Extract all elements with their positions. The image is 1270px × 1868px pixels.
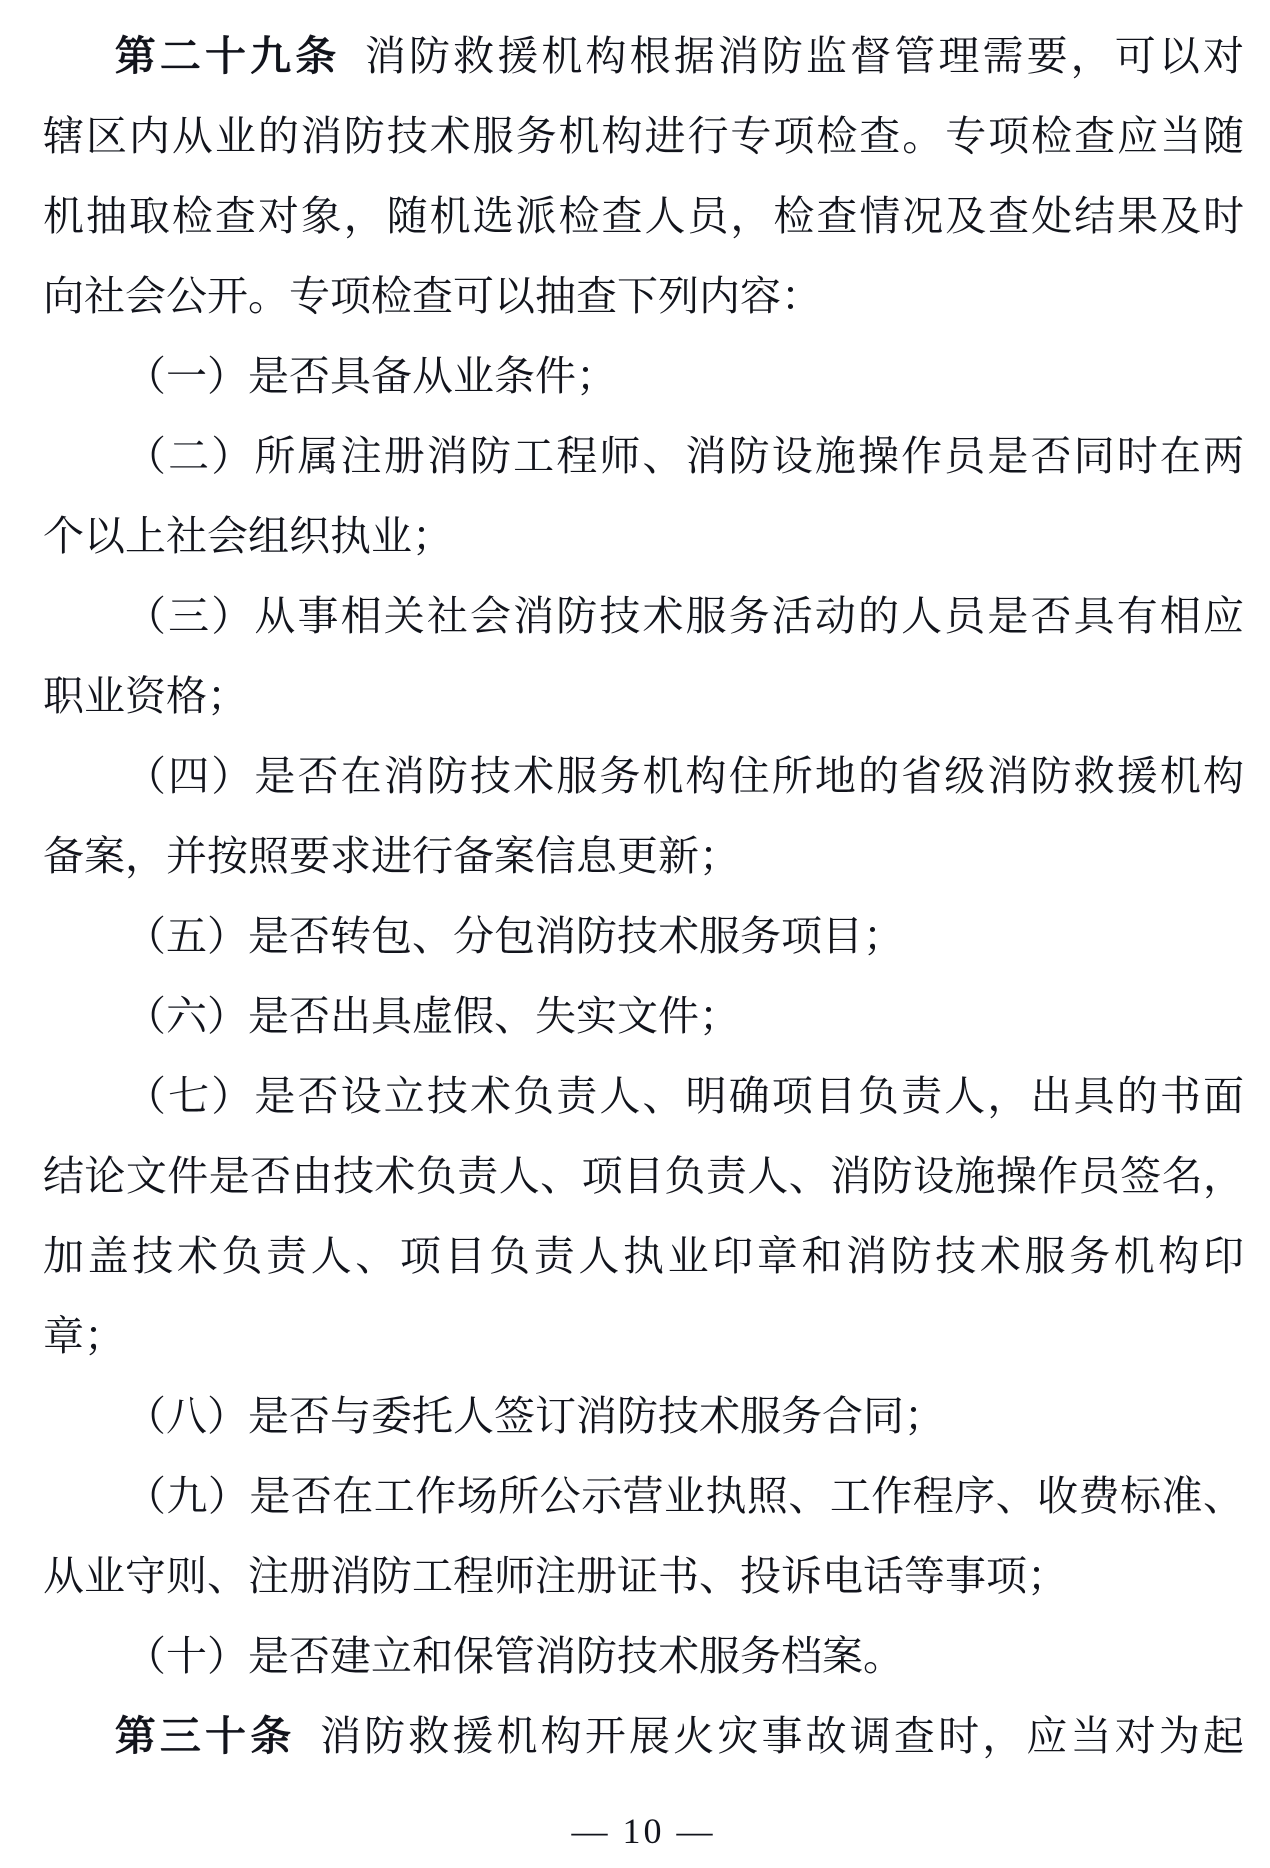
clause-7-continuation: 结论文件是否由技术负责人、项目负责人、消防设施操作员签名，: [43, 1136, 1244, 1216]
line-text: （七）是否设立技术负责人、明确项目负责人，出具的书面: [125, 1073, 1244, 1119]
line-text: 消防救援机构根据消防监督管理需要，可以对: [365, 33, 1244, 79]
line-text: 加盖技术负责人、项目负责人执业印章和消防技术服务机构印: [43, 1233, 1244, 1279]
clause-10-line: （十）是否建立和保管消防技术服务档案。: [43, 1616, 1244, 1696]
article-30-number: 第三十条: [115, 1713, 296, 1759]
clause-3-line: （三）从事相关社会消防技术服务活动的人员是否具有相应: [43, 576, 1244, 656]
line-text: 消防救援机构开展火灾事故调查时，应当对为起: [320, 1713, 1244, 1759]
clause-4-line: （四）是否在消防技术服务机构住所地的省级消防救援机构: [43, 736, 1244, 816]
clause-6-line: （六）是否出具虚假、失实文件；: [43, 976, 1244, 1056]
clause-7-line: （七）是否设立技术负责人、明确项目负责人，出具的书面: [43, 1056, 1244, 1136]
clause-3-continuation: 职业资格；: [43, 656, 1244, 736]
clause-4-continuation: 备案，并按照要求进行备案信息更新；: [43, 816, 1244, 896]
line-text: （二）所属注册消防工程师、消防设施操作员是否同时在两: [125, 433, 1244, 479]
text-line: 辖区内从业的消防技术服务机构进行专项检查。专项检查应当随: [43, 96, 1244, 176]
clause-9-continuation: 从业守则、注册消防工程师注册证书、投诉电话等事项；: [43, 1536, 1244, 1616]
line-text: 辖区内从业的消防技术服务机构进行专项检查。专项检查应当随: [43, 113, 1244, 159]
line-text: 个以上社会组织执业；: [43, 513, 453, 559]
page-number: — 10 —: [43, 1802, 1244, 1860]
clause-9-line: （九）是否在工作场所公示营业执照、工作程序、收费标准、: [43, 1456, 1244, 1536]
line-text: 备案，并按照要求进行备案信息更新；: [43, 833, 740, 879]
line-text: 向社会公开。专项检查可以抽查下列内容：: [43, 273, 822, 319]
article-29-number: 第二十九条: [115, 33, 341, 79]
text-line: 向社会公开。专项检查可以抽查下列内容：: [43, 256, 1244, 336]
line-text: 职业资格；: [43, 673, 248, 719]
clause-7-continuation: 章；: [43, 1296, 1244, 1376]
article-30-opening-line: 第三十条消防救援机构开展火灾事故调查时，应当对为起: [43, 1696, 1244, 1776]
clause-1-line: （一）是否具备从业条件；: [43, 336, 1244, 416]
line-text: （三）从事相关社会消防技术服务活动的人员是否具有相应: [125, 593, 1244, 639]
clause-7-continuation: 加盖技术负责人、项目负责人执业印章和消防技术服务机构印: [43, 1216, 1244, 1296]
line-text: 章；: [43, 1313, 125, 1359]
clause-5-line: （五）是否转包、分包消防技术服务项目；: [43, 896, 1244, 976]
line-text: （六）是否出具虚假、失实文件；: [125, 993, 740, 1039]
text-line: 机抽取检查对象，随机选派检查人员，检查情况及查处结果及时: [43, 176, 1244, 256]
line-text: 结论文件是否由技术负责人、项目负责人、消防设施操作员签名，: [43, 1153, 1244, 1199]
clause-2-line: （二）所属注册消防工程师、消防设施操作员是否同时在两: [43, 416, 1244, 496]
clause-2-continuation: 个以上社会组织执业；: [43, 496, 1244, 576]
document-page: 第二十九条消防救援机构根据消防监督管理需要，可以对 辖区内从业的消防技术服务机构…: [0, 0, 1270, 1860]
clause-8-line: （八）是否与委托人签订消防技术服务合同；: [43, 1376, 1244, 1456]
line-text: 从业守则、注册消防工程师注册证书、投诉电话等事项；: [43, 1553, 1068, 1599]
line-text: 机抽取检查对象，随机选派检查人员，检查情况及查处结果及时: [43, 193, 1244, 239]
line-text: （十）是否建立和保管消防技术服务档案。: [125, 1633, 904, 1679]
line-text: （八）是否与委托人签订消防技术服务合同；: [125, 1393, 945, 1439]
line-text: （五）是否转包、分包消防技术服务项目；: [125, 913, 904, 959]
line-text: （九）是否在工作场所公示营业执照、工作程序、收费标准、: [125, 1473, 1244, 1519]
line-text: （四）是否在消防技术服务机构住所地的省级消防救援机构: [125, 753, 1244, 799]
article-29-opening-line: 第二十九条消防救援机构根据消防监督管理需要，可以对: [43, 16, 1244, 96]
line-text: （一）是否具备从业条件；: [125, 353, 617, 399]
